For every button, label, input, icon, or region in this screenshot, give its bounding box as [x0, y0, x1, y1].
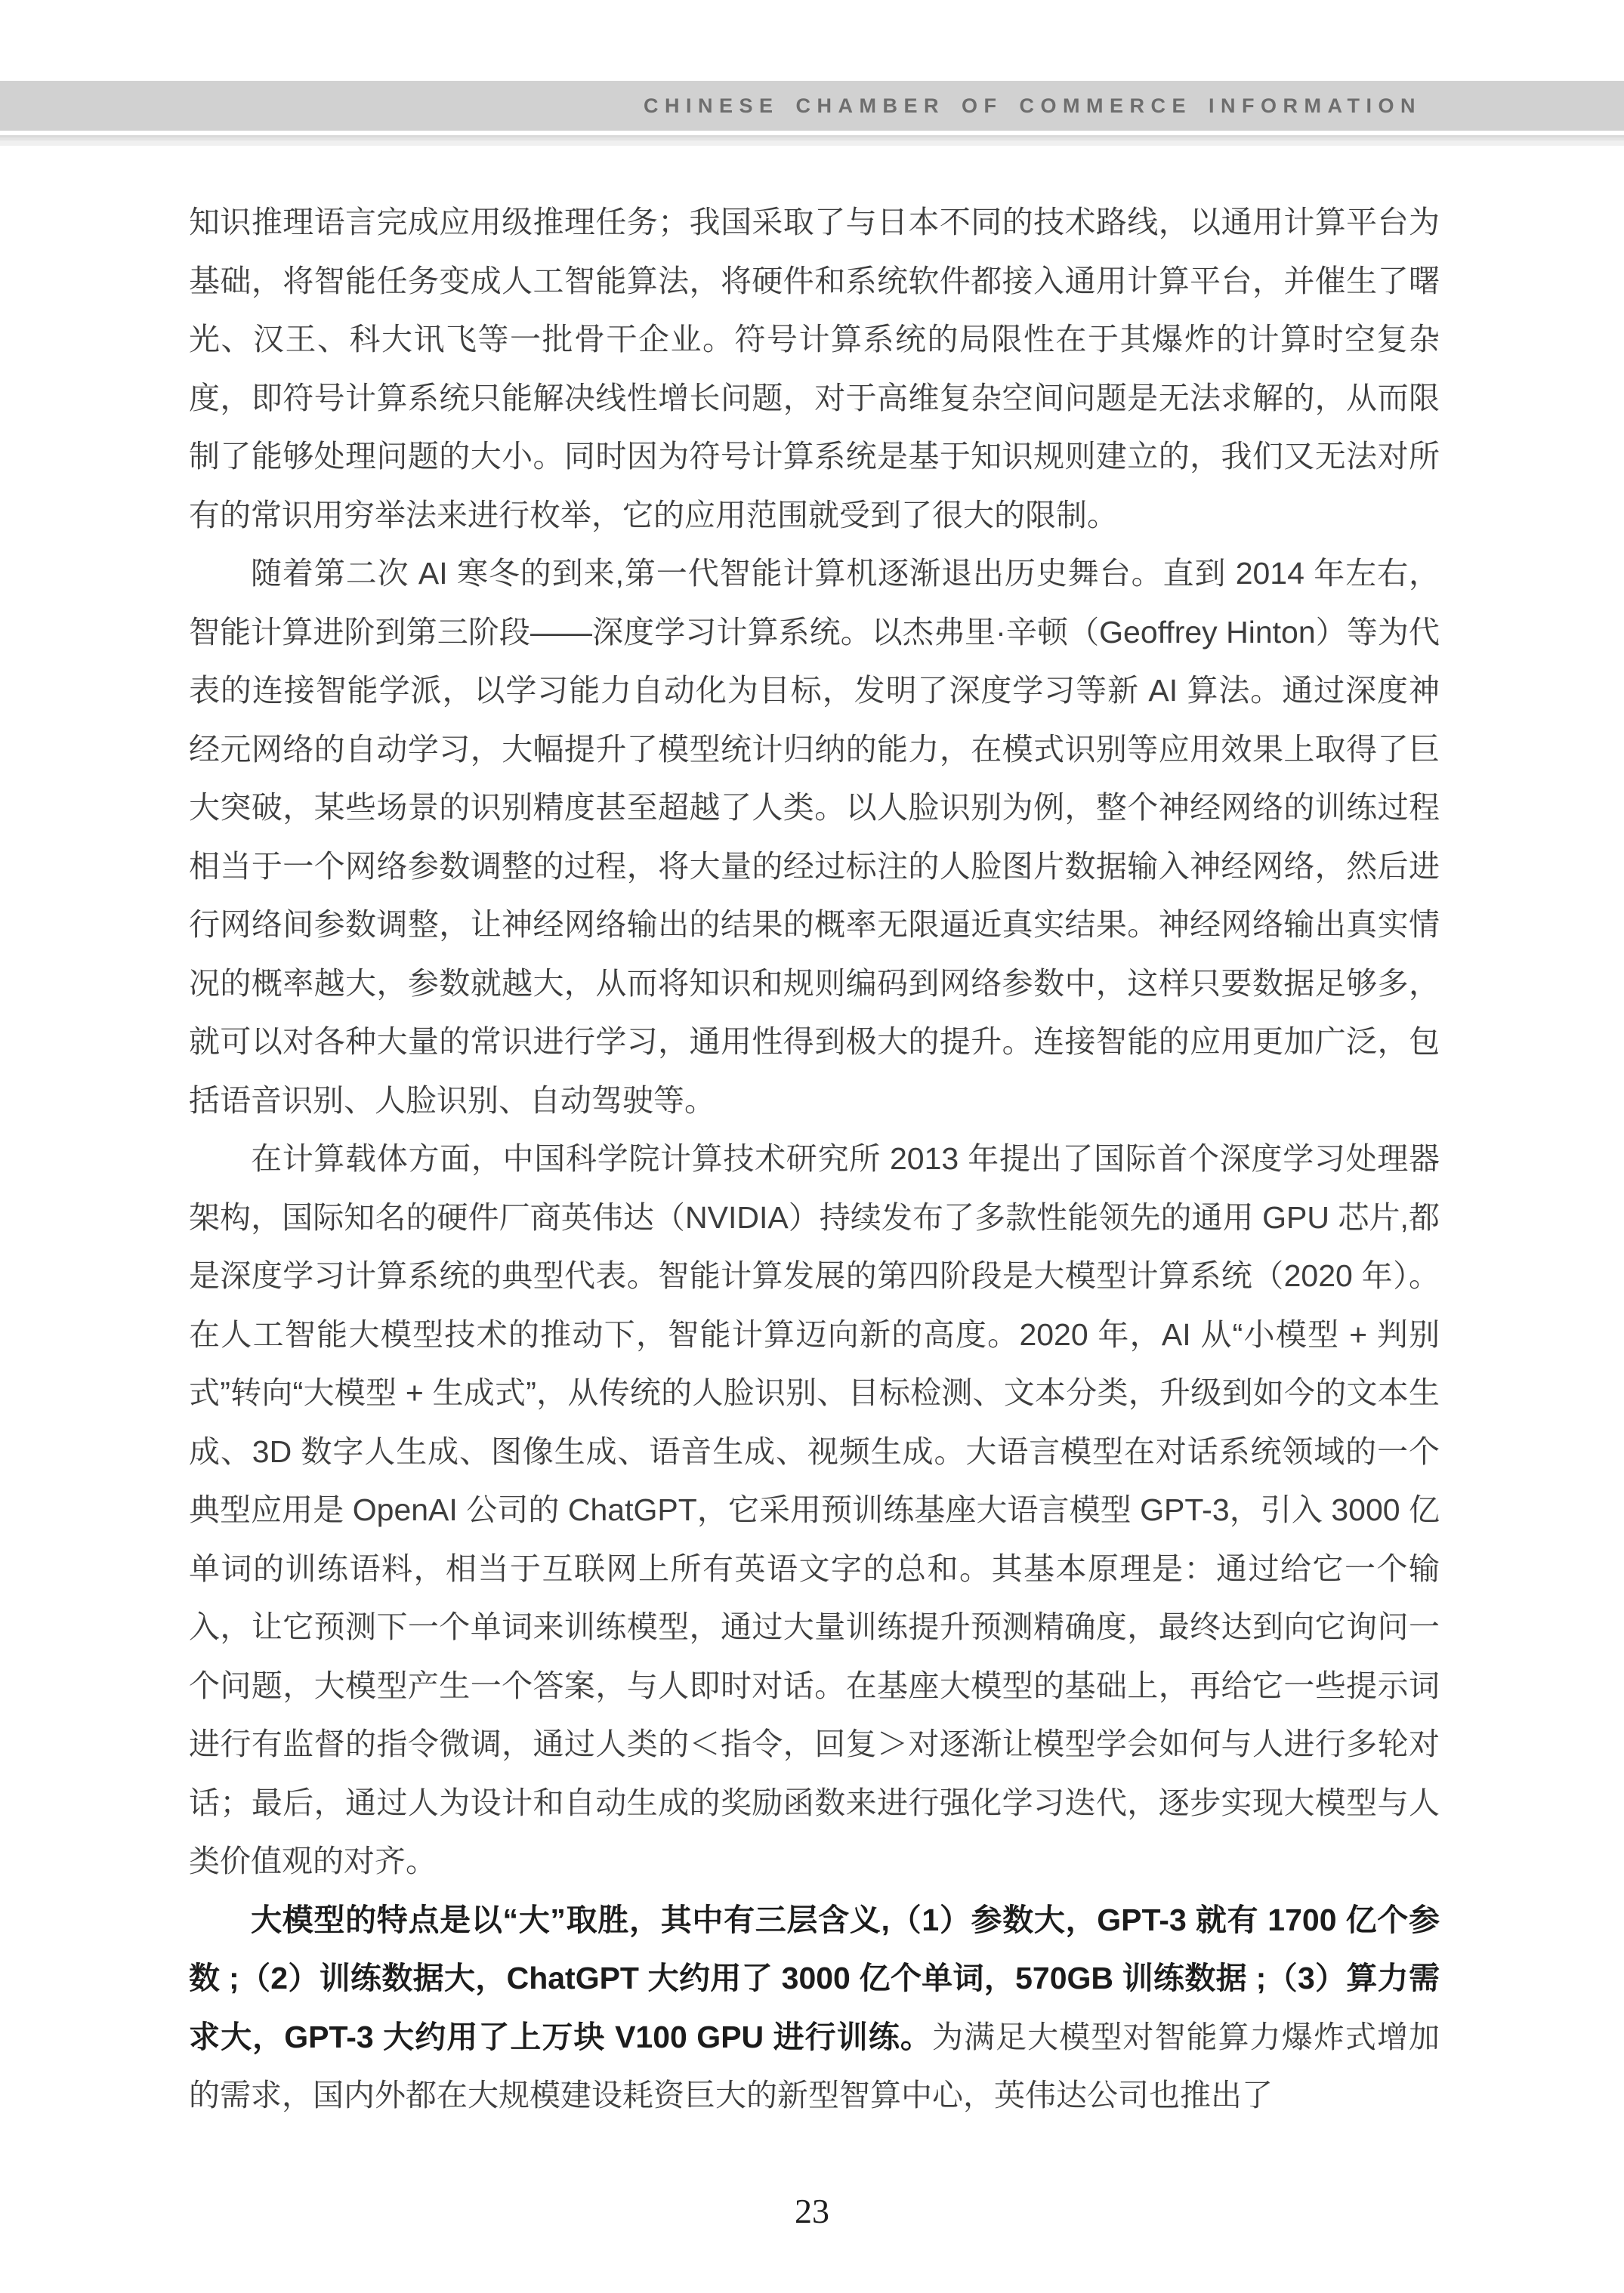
paragraph-1: 知识推理语言完成应用级推理任务；我国采取了与日本不同的技术路线，以通用计算平台为…	[189, 193, 1440, 545]
paragraph-2: 随着第二次 AI 寒冬的到来,第一代智能计算机逐渐退出历史舞台。直到 2014 …	[189, 545, 1440, 1130]
header-title: CHINESE CHAMBER OF COMMERCE INFORMATION	[644, 94, 1422, 118]
article-body: 知识推理语言完成应用级推理任务；我国采取了与日本不同的技术路线，以通用计算平台为…	[189, 193, 1440, 2125]
header-bar-shadow	[0, 135, 1624, 146]
page-number: 23	[0, 2191, 1624, 2231]
paragraph-3: 在计算载体方面，中国科学院计算技术研究所 2013 年提出了国际首个深度学习处理…	[189, 1130, 1440, 1891]
document-page: { "header": { "title": "CHINESE CHAMBER …	[0, 0, 1624, 2293]
header-bar: CHINESE CHAMBER OF COMMERCE INFORMATION	[0, 81, 1624, 131]
paragraph-4: 大模型的特点是以“大”取胜，其中有三层含义,（1）参数大，GPT-3 就有 17…	[189, 1891, 1440, 2125]
